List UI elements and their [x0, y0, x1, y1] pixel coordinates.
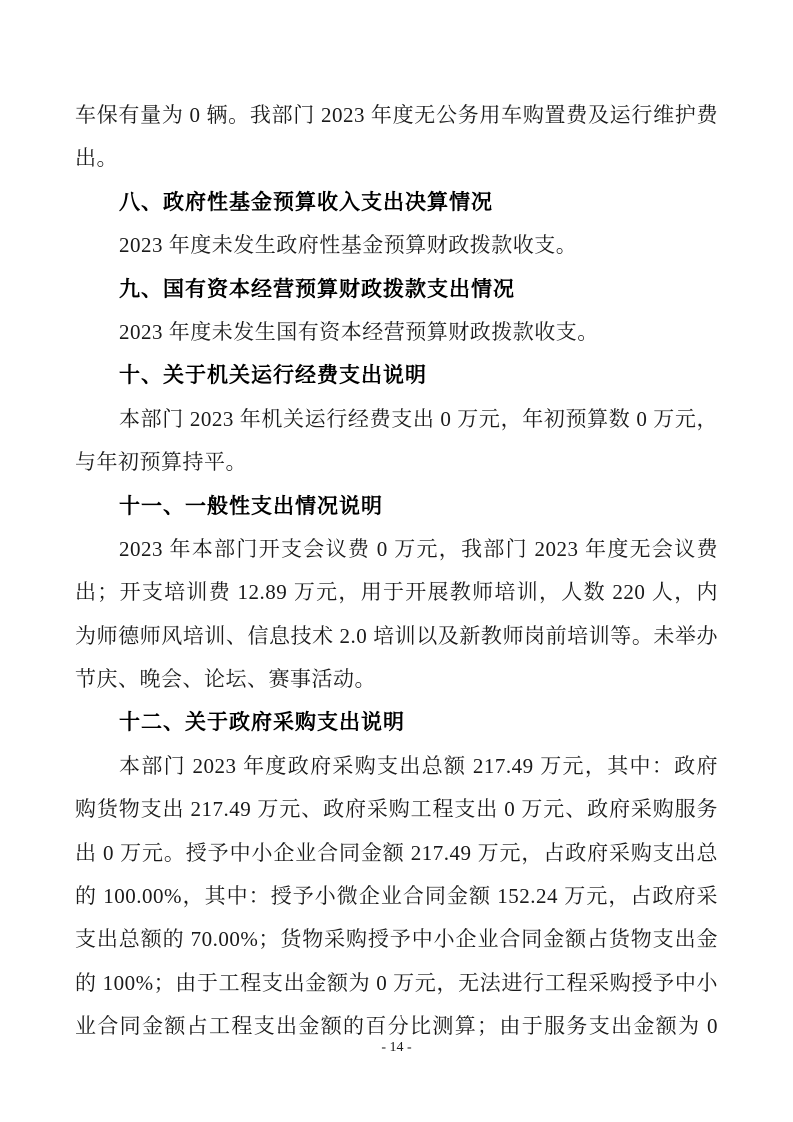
- section-11-paragraph-line-1: 2023 年本部门开支会议费 0 万元，我部门 2023 年度无会议费支: [75, 528, 718, 571]
- paragraph-line-vehicle-2: 出。: [75, 137, 718, 180]
- section-12-paragraph-line-5: 支出总额的 70.00%；货物采购授予中小企业合同金额占货物支出金额: [75, 918, 718, 961]
- section-10-paragraph-line-1: 本部门 2023 年机关运行经费支出 0 万元，年初预算数 0 万元，: [75, 398, 718, 441]
- section-11-paragraph-line-2: 出；开支培训费 12.89 万元，用于开展教师培训，人数 220 人，内容: [75, 571, 718, 614]
- section-9-paragraph-line: 2023 年度未发生国有资本经营预算财政拨款收支。: [75, 311, 718, 354]
- section-12-paragraph-line-4: 的 100.00%，其中：授予小微企业合同金额 152.24 万元，占政府采购: [75, 875, 718, 918]
- section-10-paragraph-line-2: 与年初预算持平。: [75, 441, 718, 484]
- section-12-heading: 十二、关于政府采购支出说明: [75, 701, 718, 744]
- section-12-paragraph-line-3: 出 0 万元。授予中小企业合同金额 217.49 万元，占政府采购支出总额: [75, 832, 718, 875]
- section-11-paragraph-line-3: 为师德师风培训、信息技术 2.0 培训以及新教师岗前培训等。未举办: [75, 615, 718, 658]
- section-8-heading: 八、政府性基金预算收入支出决算情况: [75, 181, 718, 224]
- section-12-paragraph-line-6: 的 100%；由于工程支出金额为 0 万元，无法进行工程采购授予中小企: [75, 962, 718, 1005]
- paragraph-line-vehicle-1: 车保有量为 0 辆。我部门 2023 年度无公务用车购置费及运行维护费支: [75, 94, 718, 137]
- document-page: 车保有量为 0 辆。我部门 2023 年度无公务用车购置费及运行维护费支 出。 …: [0, 0, 793, 1122]
- section-11-heading: 十一、一般性支出情况说明: [75, 485, 718, 528]
- section-12-paragraph-line-1: 本部门 2023 年度政府采购支出总额 217.49 万元，其中：政府采: [75, 745, 718, 788]
- section-8-paragraph-line: 2023 年度未发生政府性基金预算财政拨款收支。: [75, 224, 718, 267]
- section-11-paragraph-line-4: 节庆、晚会、论坛、赛事活动。: [75, 658, 718, 701]
- section-12-paragraph-line-2: 购货物支出 217.49 万元、政府采购工程支出 0 万元、政府采购服务支: [75, 788, 718, 831]
- section-10-heading: 十、关于机关运行经费支出说明: [75, 354, 718, 397]
- section-9-heading: 九、国有资本经营预算财政拨款支出情况: [75, 268, 718, 311]
- page-number: - 14 -: [0, 1038, 793, 1058]
- page-content: 车保有量为 0 辆。我部门 2023 年度无公务用车购置费及运行维护费支 出。 …: [75, 94, 718, 1049]
